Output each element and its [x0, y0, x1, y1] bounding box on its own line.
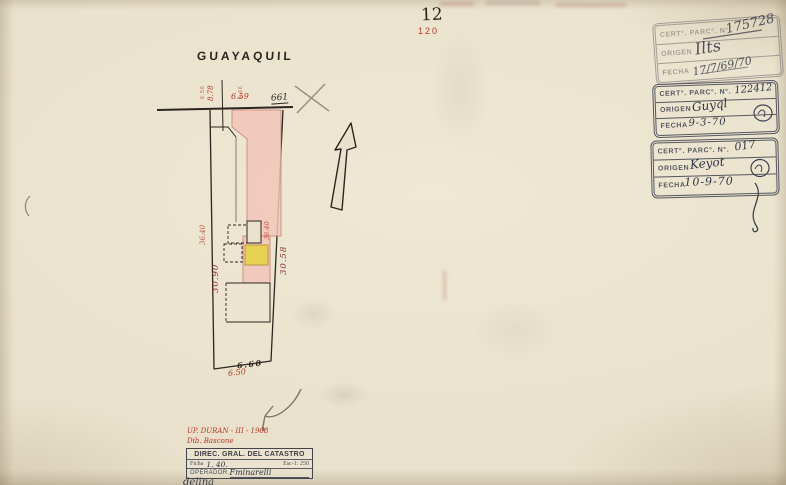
cert-stamp-3: CERT°. PARC°. N°. 017 ORIGEN Keyot FECHA… — [652, 139, 777, 196]
pencil-margin-mark — [25, 196, 30, 216]
note-line2: Dib. Bascone — [187, 437, 233, 445]
stamp3-origen-value: Keyot — [689, 155, 725, 172]
title-block-org-row: DIREC. GRAL. DEL CATASTRO — [187, 449, 312, 460]
sheet-number: 12 — [421, 5, 443, 26]
cert-stamp-2: CERT°. PARC°. N°. 122412 ORIGEN Guyql FE… — [654, 82, 778, 136]
building-outline-large — [226, 283, 270, 322]
side-measure-right-lower: 30.58 — [279, 246, 289, 275]
side-measure-right-upper: 36.40 — [263, 221, 271, 240]
title-block: DIREC. GRAL. DEL CATASTRO Ficha 1. 40. E… — [186, 448, 313, 479]
side-measure-left-lower: 30.90 — [211, 264, 221, 293]
bottom-measure-red: 6.50 — [228, 367, 247, 378]
sheet-label: Ficha — [190, 461, 203, 467]
stamp2-fecha-value: 9-3-70 — [688, 117, 727, 129]
scanned-cadastral-sheet: { "page": { "sheet_number": "12", "sheet… — [0, 0, 786, 485]
scale-label: Esc-1: 250 — [283, 461, 309, 467]
street-name: GUAYAQUIL — [197, 49, 295, 63]
street-line — [157, 107, 293, 110]
pencil-x-mark — [295, 84, 329, 113]
side-measure-left-upper: 36.40 — [199, 225, 207, 245]
offset-measure-vertical: 8.78 — [207, 85, 215, 101]
north-arrow-icon — [331, 123, 356, 210]
stamp2-fecha-row: FECHA 9-3-70 — [656, 115, 776, 134]
pink-shaded-area — [232, 110, 281, 236]
boundary-tick — [222, 80, 223, 131]
stamp1-origen-value: Ilts — [693, 36, 722, 59]
cert-stamp-1: CERT°. PARC°. N°. 175728 ORIGEN Ilts FEC… — [654, 17, 782, 84]
note-line1: UP. DURAN - III - 1968 — [187, 427, 268, 435]
corner-parcel-number: 661 — [271, 92, 289, 104]
pencil-arrow-mark — [263, 389, 301, 430]
stamp2-origen-label: ORIGEN — [660, 106, 691, 114]
title-block-operator-row: OPERADOR Fminarelli — [187, 469, 312, 477]
building-outline — [247, 221, 261, 243]
stamp3-fecha-row: FECHA 10-9-70 — [654, 174, 776, 193]
sheet-number-red: 120 — [418, 26, 439, 36]
stamp3-cert-value: 017 — [734, 138, 757, 154]
dashed-structure — [224, 244, 242, 262]
stamp1-cert-label: CERT°. PARC°. N°. — [660, 27, 732, 39]
stamp1-fecha-label: FECHA — [662, 68, 690, 77]
stamp2-cert-value: 122412 — [734, 82, 773, 96]
cutoff-handwriting: delina — [183, 477, 214, 485]
tick-label-right: 4.66 — [238, 85, 244, 99]
operator-value: Fminarelli — [230, 468, 309, 478]
stamp2-fecha-label: FECHA — [660, 122, 687, 130]
stamp3-fecha-label: FECHA — [658, 181, 685, 189]
sheet-value: 1. 40. — [206, 460, 227, 469]
stamp3-fecha-value: 10-9-70 — [684, 175, 734, 189]
stamp2-origen-value: Guyql — [691, 96, 728, 114]
operator-label: OPERADOR — [190, 470, 228, 476]
tick-label-left: 6.56 — [200, 85, 206, 99]
stamp3-cert-label: CERT°. PARC°. N°. — [657, 146, 729, 155]
stamp3-origen-label: ORIGEN — [658, 164, 689, 172]
stamp1-origen-label: ORIGEN — [661, 48, 693, 57]
org-name: DIREC. GRAL. DEL CATASTRO — [194, 451, 305, 458]
yellow-shaded-area — [245, 245, 268, 265]
